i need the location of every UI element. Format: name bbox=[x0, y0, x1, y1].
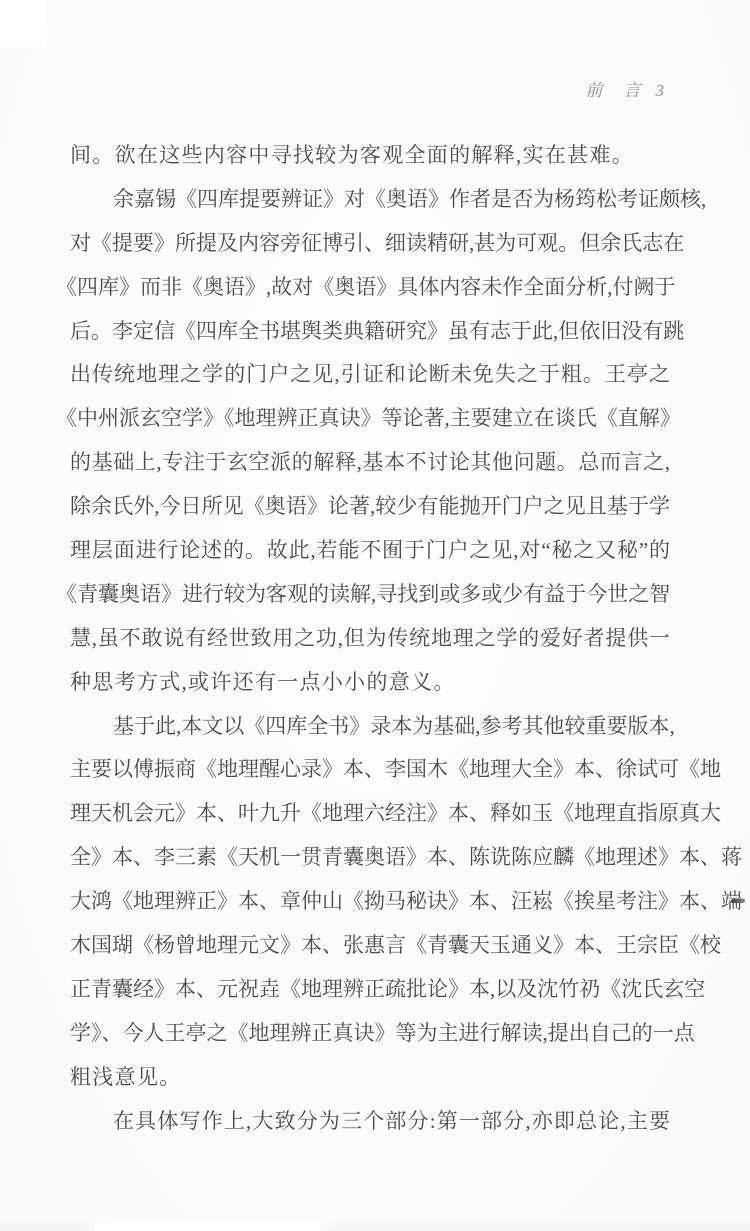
margin-dash-icon bbox=[731, 899, 745, 903]
body-line: 对《提要》所提及内容旁征博引、细读精研,甚为可观。但余氏志在 bbox=[70, 222, 670, 266]
body-line: 后。李定信《四库全书堪舆类典籍研究》虽有志于此,但依旧没有跳 bbox=[70, 310, 670, 354]
body-line: 《中州派玄空学》《地理辨正真诀》等论著,主要建立在谈氏《直解》 bbox=[70, 397, 670, 441]
page-number: 3 bbox=[656, 81, 667, 100]
body-line: 理天机会元》本、叶九升《地理六经注》本、释如玉《地理直指原真大 bbox=[70, 792, 670, 836]
body-line: 的基础上,专注于玄空派的解释,基本不讨论其他问题。总而言之, bbox=[70, 441, 670, 485]
body-line: 《青囊奥语》进行较为客观的读解,寻找到或多或少有益于今世之智 bbox=[70, 573, 670, 617]
body-text-column: 间。欲在这些内容中寻找较为客观全面的解释,实在甚难。 余嘉锡《四库提要辨证》对《… bbox=[70, 134, 670, 1143]
body-line: 理层面进行论述的。故此,若能不囿于门户之见,对“秘之又秘”的 bbox=[70, 529, 670, 573]
body-line: 出传统地理之学的门户之见,引证和论断未免失之于粗。王亭之 bbox=[70, 353, 670, 397]
body-line: 大鸿《地理辨正》本、章仲山《拗马秘诀》本、汪崧《挨星考注》本、端 bbox=[70, 880, 670, 924]
body-line: 《四库》而非《奥语》,故对《奥语》具体内容未作全面分析,付阙于 bbox=[70, 266, 670, 310]
scan-light-patch bbox=[0, 0, 47, 45]
body-line: 全》本、李三素《天机一贯青囊奥语》本、陈诜陈应麟《地理述》本、蒋 bbox=[70, 836, 670, 880]
body-line: 在具体写作上,大致分为三个部分:第一部分,亦即总论,主要 bbox=[70, 1100, 670, 1144]
body-line: 除余氏外,今日所见《奥语》论著,较少有能抛开门户之见且基于学 bbox=[70, 485, 670, 529]
scan-bottom-smudge bbox=[95, 1223, 320, 1231]
body-line: 慧,虽不敢说有经世致用之功,但为传统地理之学的爱好者提供一 bbox=[70, 617, 670, 661]
body-line: 木国瑚《杨曾地理元文》本、张惠言《青囊天玉通义》本、王宗臣《校 bbox=[70, 924, 670, 968]
body-line: 基于此,本文以《四库全书》录本为基础,参考其他较重要版本, bbox=[70, 705, 670, 749]
body-line: 间。欲在这些内容中寻找较为客观全面的解释,实在甚难。 bbox=[70, 134, 670, 178]
body-line: 余嘉锡《四库提要辨证》对《奥语》作者是否为杨筠松考证颇核, bbox=[70, 178, 670, 222]
body-line: 主要以傅振商《地理醒心录》本、李国木《地理大全》本、徐试可《地 bbox=[70, 748, 670, 792]
body-line: 粗浅意见。 bbox=[70, 1056, 670, 1100]
section-title: 前 言 bbox=[586, 81, 643, 100]
body-line: 种思考方式,或许还有一点小小的意义。 bbox=[70, 661, 670, 705]
running-header: 前 言3 bbox=[586, 76, 667, 101]
body-line: 正青囊经》本、元祝垚《地理辨正疏批论》本,以及沈竹礽《沈氏玄空 bbox=[70, 968, 670, 1012]
body-line: 学》、今人王亭之《地理辨正真诀》等为主进行解读,提出自己的一点 bbox=[70, 1012, 670, 1056]
scanned-book-page: 前 言3 间。欲在这些内容中寻找较为客观全面的解释,实在甚难。 余嘉锡《四库提要… bbox=[0, 0, 750, 1231]
